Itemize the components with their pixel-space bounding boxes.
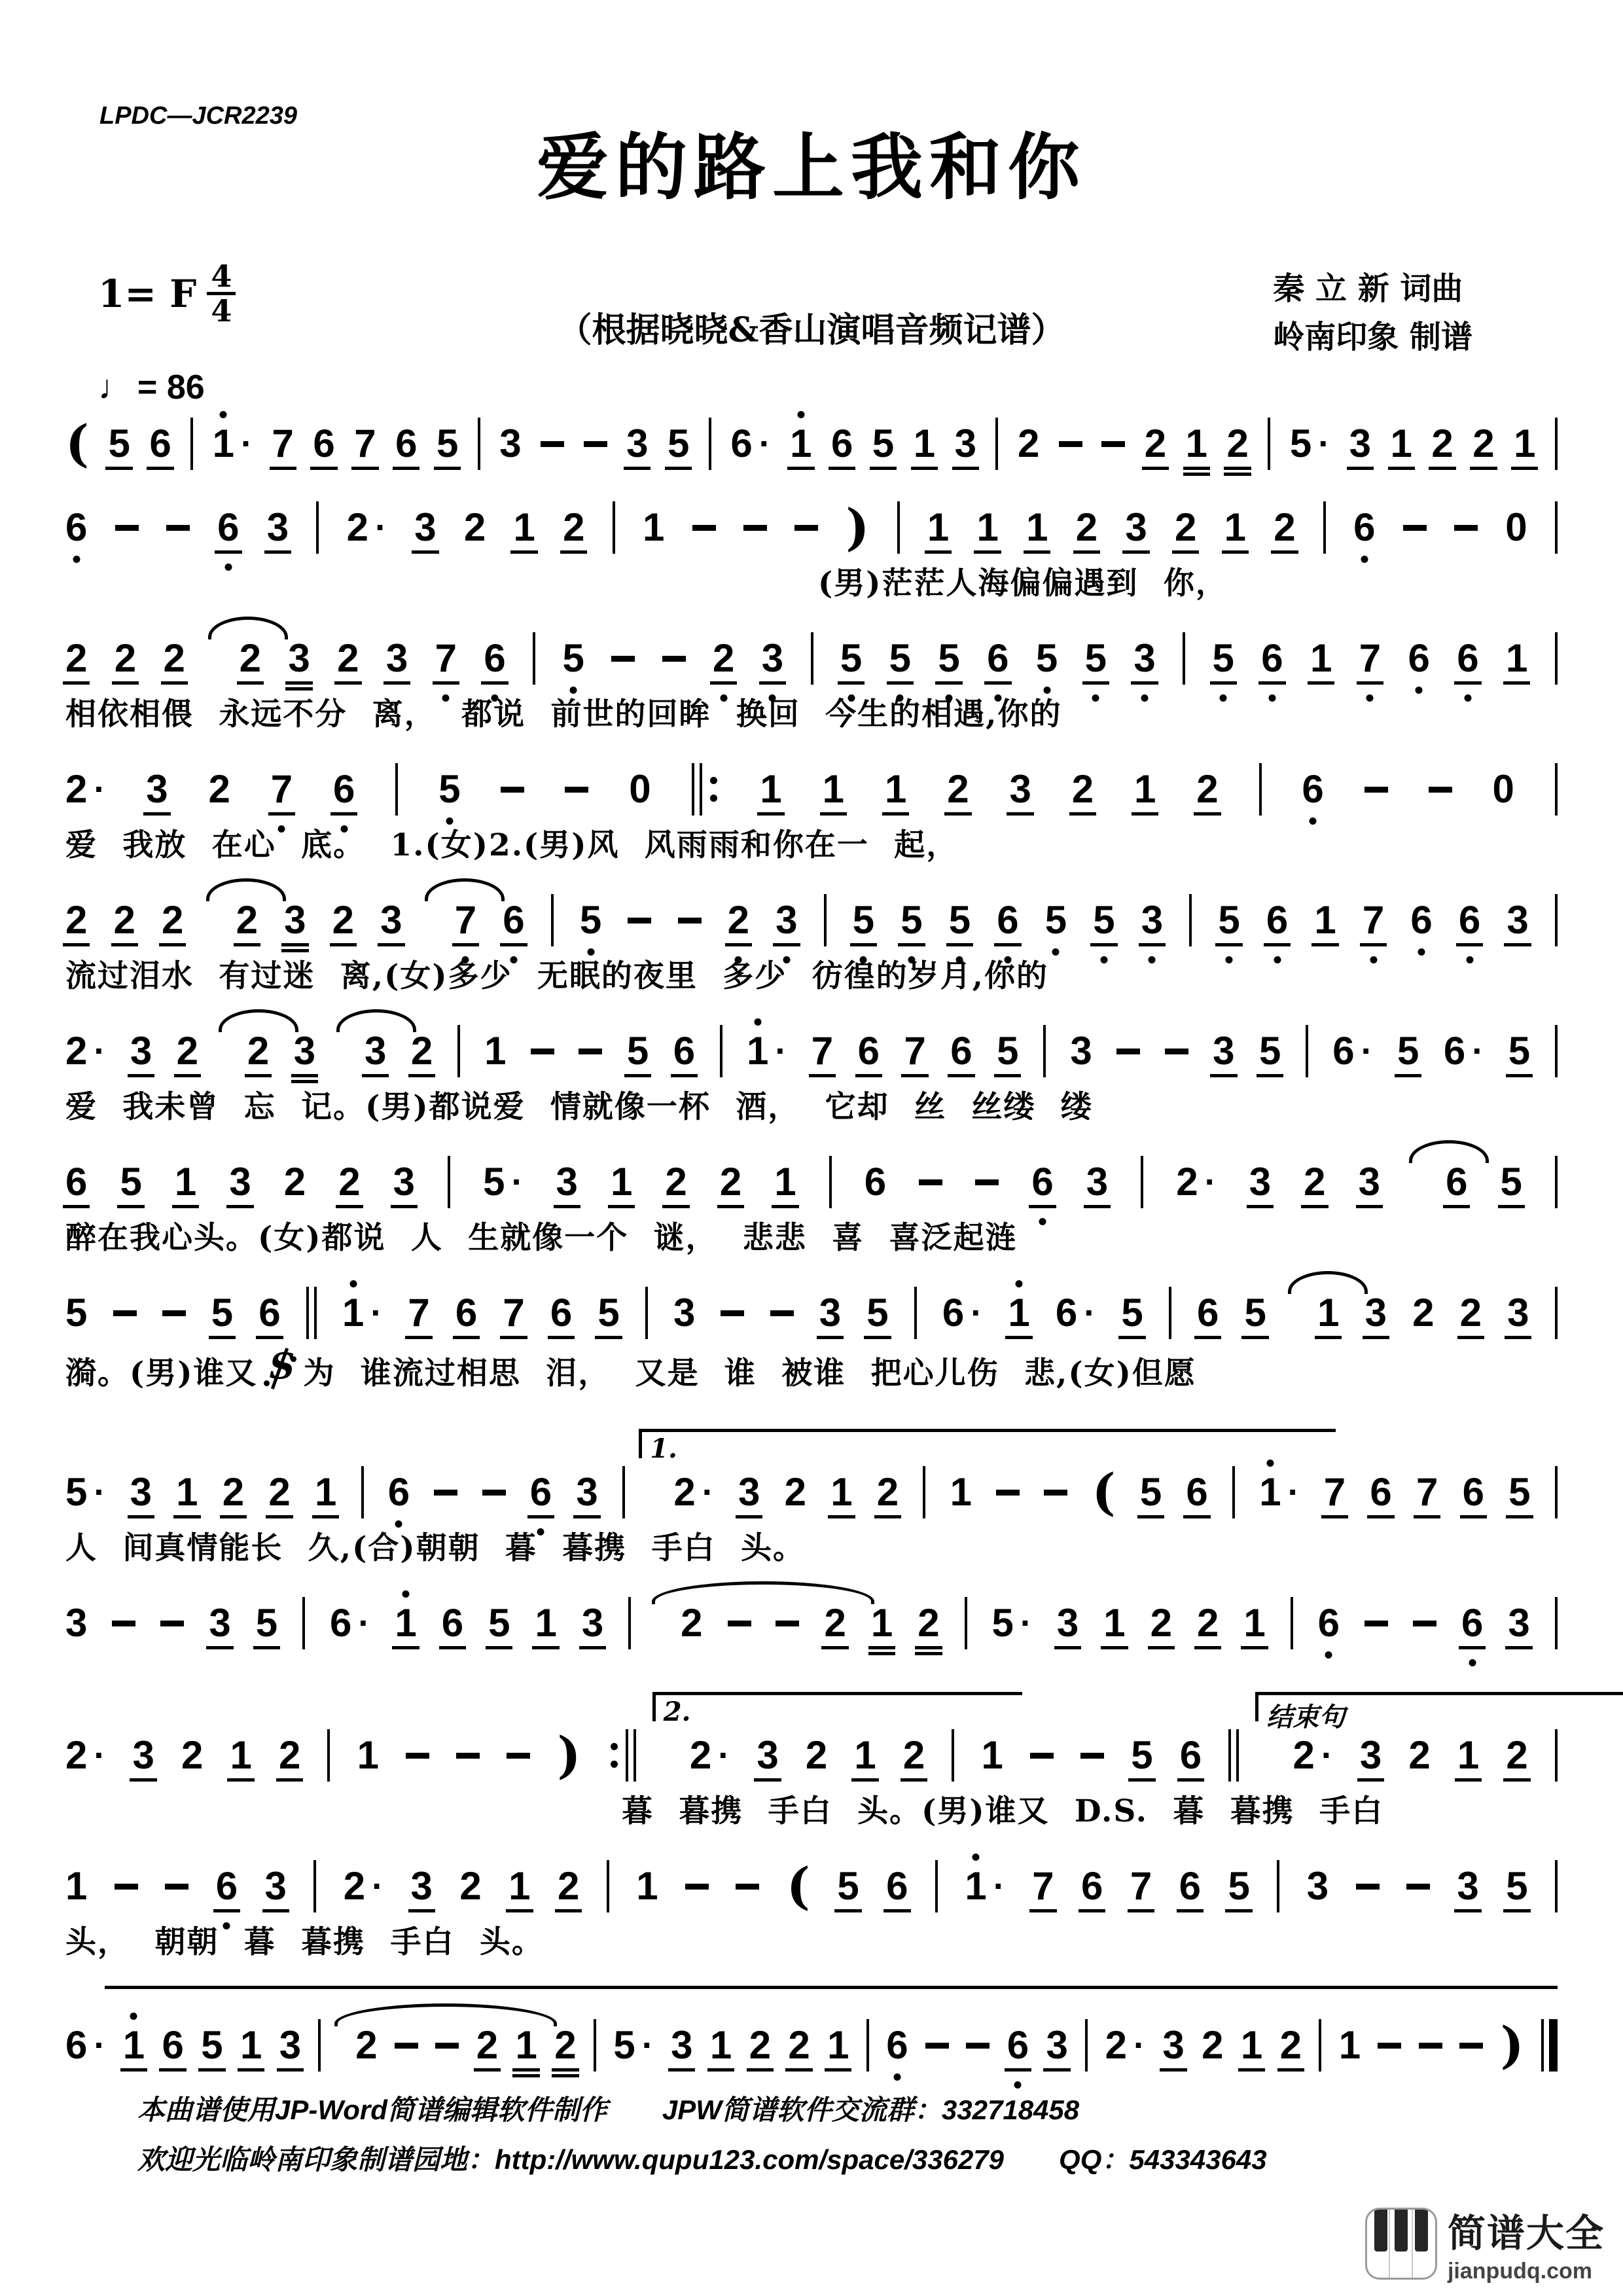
- note: 3: [380, 901, 402, 940]
- note-digit: 1: [965, 1867, 986, 1906]
- note-digit: 2: [749, 2026, 771, 2065]
- barline: [995, 418, 998, 470]
- note-digit: 2: [558, 1867, 579, 1906]
- note-digit: 6: [1302, 770, 1323, 809]
- duration-dash: [1406, 1884, 1430, 1890]
- parenthesis: ): [846, 503, 869, 552]
- note: 2·: [673, 1473, 713, 1512]
- note-digit: 1: [950, 1473, 972, 1512]
- note-digit: 2: [806, 1736, 827, 1775]
- note-digit: 3: [1507, 901, 1528, 940]
- note: 5: [201, 2026, 223, 2065]
- note-digit: 2: [355, 2026, 377, 2065]
- note: 6: [1463, 1473, 1484, 1512]
- note-digit: 2: [690, 1736, 711, 1775]
- note: 2: [164, 639, 185, 678]
- note-digit: 1: [315, 1473, 336, 1512]
- barline: [1555, 632, 1558, 685]
- tempo-value: = 86: [137, 368, 205, 407]
- augmentation-dot: ·: [993, 1869, 1005, 1904]
- note: 2: [947, 770, 969, 809]
- note: 6: [65, 508, 87, 547]
- note-digit: 3: [1508, 1604, 1529, 1643]
- low-octave-dot: [1361, 556, 1368, 563]
- note: 2·: [1105, 2026, 1145, 2065]
- note: 3: [762, 639, 783, 678]
- note-digit: 1: [774, 1162, 796, 1202]
- note: 2: [728, 901, 749, 940]
- footer-line-2: 欢迎光临岭南印象制谱园地：http://www.qupu123.com/spac…: [137, 2135, 1267, 2185]
- note: 6·: [65, 2026, 105, 2065]
- note-digit: 2: [1274, 508, 1295, 547]
- duration-dash: [678, 918, 702, 924]
- duration-dash: [1101, 441, 1125, 447]
- note: 6: [1459, 901, 1480, 940]
- note-digit: 1: [790, 424, 811, 463]
- note-digit: 3: [130, 1031, 152, 1071]
- note: 6: [1186, 1473, 1207, 1512]
- note: 2: [1472, 424, 1494, 463]
- barline: [1141, 1156, 1143, 1208]
- note: 5: [1508, 1031, 1530, 1071]
- note-digit: 5: [108, 424, 130, 463]
- note-digit: 3: [294, 1031, 315, 1071]
- barline: [1291, 1597, 1293, 1649]
- note-digit: 6: [503, 901, 524, 940]
- note: 1: [484, 1031, 506, 1071]
- note-digit: 5: [997, 1031, 1018, 1071]
- note: 3: [1057, 1604, 1079, 1643]
- notation-line: 5561·767653356·16·56513223: [65, 1285, 1558, 1340]
- note: 5: [872, 424, 894, 463]
- note-digit: 1: [927, 508, 949, 547]
- note-digit: 5: [563, 639, 584, 678]
- note-digit: 3: [576, 1473, 597, 1512]
- note-digit: 6: [216, 1867, 238, 1906]
- note-digit: 1: [747, 1031, 768, 1071]
- low-octave-dot: [1268, 694, 1275, 702]
- duration-dash: [112, 1621, 135, 1626]
- note: 5: [853, 901, 874, 940]
- note-digit: 2: [713, 639, 734, 678]
- note: 2: [1175, 508, 1196, 547]
- note-digit: 6: [395, 424, 417, 463]
- note: 5: [580, 901, 601, 940]
- note: 7: [271, 770, 293, 809]
- note-digit: 5: [668, 424, 689, 463]
- note-digit: 1: [976, 508, 998, 547]
- note: 7: [1324, 1473, 1346, 1512]
- note: 5: [627, 1031, 649, 1071]
- note: 1·: [342, 1293, 382, 1333]
- note-digit: 3: [1070, 1031, 1092, 1071]
- augmentation-dot: ·: [375, 510, 387, 545]
- note: 3: [146, 770, 168, 809]
- note: 2: [1197, 1604, 1219, 1643]
- note: 1: [535, 1604, 556, 1643]
- note-digit: 1: [508, 1867, 530, 1906]
- barline: [395, 763, 398, 816]
- duration-dash: [1454, 525, 1478, 531]
- note: 2: [1072, 770, 1094, 809]
- duration-dash: [770, 1310, 794, 1316]
- note: 5: [1036, 639, 1058, 678]
- note-digit: 2: [347, 508, 368, 547]
- note-digit: 3: [499, 424, 521, 463]
- high-octave-dot: [1016, 1280, 1023, 1287]
- note: 1·: [965, 1867, 1005, 1906]
- note: 6: [65, 1162, 87, 1202]
- note-digit: 5: [211, 1293, 233, 1333]
- note-digit: 2: [1018, 424, 1039, 463]
- note-digit: 6: [455, 1293, 477, 1333]
- barline: [700, 763, 702, 816]
- note: 3: [1508, 1604, 1529, 1643]
- note: 6: [1179, 1867, 1201, 1906]
- augmentation-dot: ·: [241, 426, 253, 461]
- low-octave-dot: [1220, 694, 1227, 702]
- note-digit: 1: [827, 2026, 849, 2065]
- note-digit: 2: [115, 639, 136, 678]
- barline: [302, 1597, 305, 1649]
- note: 7: [503, 1293, 524, 1333]
- note-digit: 1: [515, 2026, 537, 2065]
- low-octave-dot: [1274, 956, 1281, 963]
- barline: [1169, 1287, 1171, 1339]
- note-digit: 2: [824, 1604, 846, 1643]
- low-octave-dot: [847, 694, 855, 702]
- note: 1: [1224, 508, 1246, 547]
- lyric-line: 暮 暮携 手白 头。(男)谁又 D.S. 暮 暮携 手白: [622, 1793, 1558, 1830]
- low-octave-dot: [1039, 1218, 1046, 1225]
- note-digit: 6: [1408, 639, 1430, 678]
- low-octave-dot: [956, 956, 963, 963]
- note: 6: [1410, 901, 1432, 940]
- note-digit: 1: [1259, 1473, 1281, 1512]
- note-digit: 6: [1332, 1031, 1354, 1071]
- note: 3: [1349, 424, 1371, 463]
- note-digit: 3: [738, 1473, 760, 1512]
- note-digit: 1: [1506, 639, 1527, 678]
- duration-dash: [776, 1621, 799, 1626]
- note: 2: [788, 2026, 810, 2065]
- note-digit: 6: [1461, 1604, 1483, 1643]
- low-octave-dot: [1310, 817, 1317, 825]
- note: 5: [1259, 1031, 1281, 1071]
- duration-dash: [456, 1753, 480, 1759]
- note-digit: 5: [438, 770, 460, 809]
- note: 2: [806, 1736, 827, 1775]
- note-digit: 1: [1026, 508, 1048, 547]
- note-digit: 6: [1179, 1867, 1201, 1906]
- note-digit: 1: [65, 1867, 87, 1906]
- barline: [1228, 1729, 1231, 1782]
- note-digit: 6: [1446, 1162, 1467, 1202]
- note-digit: 2: [1280, 2026, 1302, 2065]
- note-digit: 2: [947, 770, 969, 809]
- augmentation-dot: ·: [759, 426, 771, 461]
- parenthesis: (: [65, 419, 89, 469]
- note: 3: [671, 2026, 692, 2065]
- notation-line: 65132235·312216632·32365: [65, 1155, 1558, 1210]
- high-octave-dot: [349, 1280, 357, 1287]
- note-digit: 1: [1310, 639, 1332, 678]
- barline: [692, 763, 694, 816]
- note-digit: 6: [149, 424, 171, 463]
- barline: [551, 894, 554, 946]
- note: 6: [1302, 770, 1323, 809]
- dot: [710, 777, 717, 784]
- note-digit: 2: [268, 1473, 290, 1512]
- augmentation-dot: ·: [1020, 1605, 1032, 1641]
- duration-dash: [507, 1753, 530, 1759]
- note: 6: [886, 1867, 908, 1906]
- note-digit: 6: [1261, 639, 1283, 678]
- lyric-line: (男)茫茫人海偏偏遇到 你，: [818, 565, 1558, 602]
- note: 2: [558, 1867, 579, 1906]
- low-octave-dot: [446, 817, 453, 825]
- note: 3: [1360, 1736, 1382, 1775]
- credit-words-music: 秦 立 新 词曲: [1273, 264, 1472, 313]
- note-digit: 5: [889, 639, 911, 678]
- site-logo: 简谱大全 jianpudq.com: [1365, 2202, 1605, 2284]
- duration-dash: [1356, 1884, 1380, 1890]
- note: 1: [1186, 424, 1207, 463]
- note: 1: [643, 508, 664, 547]
- note: 2: [355, 2026, 377, 2065]
- dot: [710, 795, 717, 802]
- note: 2: [268, 1473, 290, 1512]
- repeat-start: [692, 763, 720, 816]
- low-octave-dot: [278, 825, 285, 833]
- note-digit: 2: [65, 1736, 87, 1775]
- note-digit: 1: [123, 2026, 145, 2065]
- note-digit: 5: [201, 2026, 223, 2065]
- note: 2: [115, 639, 136, 678]
- note: 5: [563, 639, 584, 678]
- note-digit: 5: [949, 901, 971, 940]
- note-digit: 2: [240, 639, 261, 678]
- barline: [1268, 418, 1270, 470]
- note-digit: 1: [1314, 901, 1336, 940]
- note: 1: [395, 1604, 416, 1643]
- note-digit: 3: [1249, 1162, 1271, 1202]
- duration-dash: [1165, 1049, 1188, 1054]
- note-digit: 1: [175, 1162, 196, 1202]
- note-digit: 3: [146, 770, 168, 809]
- note: 3: [279, 2026, 301, 2065]
- barline: [811, 632, 813, 685]
- barline: [607, 1860, 609, 1912]
- note-digit: 3: [955, 424, 976, 463]
- note: 1: [1317, 1293, 1339, 1333]
- note: 3: [132, 1736, 154, 1775]
- note-digit: 3: [1009, 770, 1031, 809]
- note-digit: 5: [1290, 424, 1311, 463]
- note-digit: 3: [556, 1162, 578, 1202]
- augmentation-dot: ·: [512, 1164, 524, 1200]
- note: 1: [1310, 639, 1332, 678]
- low-octave-dot: [570, 687, 577, 694]
- note-digit: 6: [1353, 508, 1375, 547]
- duration-dash: [115, 525, 139, 531]
- duration-dash: [1403, 525, 1427, 531]
- augmentation-dot: ·: [702, 1475, 714, 1510]
- note: 5: [1045, 901, 1067, 940]
- note: 6: [1353, 508, 1375, 547]
- note-digit: 3: [757, 1736, 778, 1775]
- note-digit: 5: [256, 1604, 277, 1643]
- note: 2·: [65, 770, 105, 809]
- note: 1: [1134, 770, 1156, 809]
- low-octave-dot: [510, 956, 517, 963]
- note: 1: [1506, 639, 1527, 678]
- note: 1: [1103, 1604, 1125, 1643]
- note: 1: [123, 2026, 145, 2065]
- duration-dash: [406, 1753, 429, 1759]
- note-digit: 3: [1162, 2026, 1184, 2065]
- note-digit: 5: [866, 1293, 888, 1333]
- note-digit: 6: [858, 1031, 880, 1071]
- note: 3: [819, 1293, 841, 1333]
- barline: [1319, 2019, 1321, 2072]
- notation-line: 2·3276501112321260: [65, 762, 1558, 817]
- barline: [720, 1025, 722, 1077]
- note: 5: [837, 1867, 859, 1906]
- note: 2·: [1293, 1736, 1332, 1775]
- note-digit: 2: [681, 1604, 702, 1643]
- note: 2: [563, 508, 584, 547]
- augmentation-dot: ·: [94, 1033, 105, 1069]
- note: 3: [265, 1867, 287, 1906]
- note-digit: 3: [776, 901, 797, 940]
- low-octave-dot: [1141, 694, 1149, 702]
- note: 3: [1162, 2026, 1184, 2065]
- note: 2: [681, 1604, 702, 1643]
- note-digit: 6: [530, 1473, 552, 1512]
- note: 1: [871, 1604, 893, 1643]
- note-digit: 1: [1224, 508, 1246, 547]
- barline: [1555, 1729, 1558, 1782]
- note: 5: [840, 639, 862, 678]
- note-digit: 5: [627, 1031, 649, 1071]
- low-octave-dot: [735, 956, 742, 963]
- note: 1·: [747, 1031, 787, 1071]
- note: 3: [65, 1604, 87, 1643]
- low-octave-dot: [1370, 956, 1377, 963]
- note: 6·: [730, 424, 770, 463]
- note-digit: 1: [854, 1736, 876, 1775]
- note-digit: 5: [1501, 1162, 1522, 1202]
- note: 2: [1408, 1736, 1430, 1775]
- augmentation-dot: ·: [358, 1605, 370, 1641]
- note-digit: 2: [918, 1604, 939, 1643]
- note: 6: [313, 424, 334, 463]
- note: 3: [1507, 1293, 1529, 1333]
- note: 3: [556, 1162, 578, 1202]
- duration-dash: [434, 1490, 457, 1496]
- note: 7: [1416, 1473, 1438, 1512]
- note: 6·: [1444, 1031, 1484, 1071]
- note-digit: 7: [503, 1293, 524, 1333]
- volta-line: 1.: [639, 1429, 1336, 1458]
- note: 6: [217, 508, 239, 547]
- note: 2: [338, 1162, 360, 1202]
- note-digit: 1: [830, 1473, 852, 1512]
- duration-dash: [1030, 1753, 1054, 1759]
- note: 6: [162, 2026, 183, 2065]
- notation-line: (561·767653356·1651322125·31221: [65, 416, 1558, 471]
- note-digit: 2: [1202, 2026, 1223, 2065]
- note-digit: 1: [513, 508, 535, 547]
- volta-line: 结束句: [1255, 1692, 1623, 1721]
- note: 7: [1363, 901, 1384, 940]
- barline: [313, 1860, 316, 1912]
- notation-line: 22223237652355565535617661: [65, 631, 1558, 686]
- note-digit: 2: [554, 2026, 576, 2065]
- notation-line: 2·32121)2.2·3212156结束句2·3212: [65, 1728, 1558, 1783]
- note-digit: 6: [942, 1293, 964, 1333]
- note-digit: 6: [987, 639, 1008, 678]
- note: 2: [1018, 424, 1039, 463]
- note-digit: 3: [132, 1736, 154, 1775]
- note-digit: 1: [1008, 1293, 1029, 1333]
- high-octave-dot: [130, 2013, 137, 2020]
- note-digit: 3: [284, 901, 306, 940]
- low-octave-dot: [994, 694, 1001, 702]
- note: 5: [997, 1031, 1018, 1071]
- note: 3: [1457, 1867, 1478, 1906]
- note: 5: [1397, 1031, 1419, 1071]
- note: 6: [673, 1031, 695, 1071]
- note: 5: [1093, 901, 1115, 940]
- sheet-music-page: LPDC—JCR2239 爱的路上我和你 1= F 4 4 （根据晓晓&香山演唱…: [0, 0, 1623, 2296]
- note-digit: 2: [459, 1867, 481, 1906]
- duration-dash: [736, 1884, 759, 1890]
- note: 1: [357, 1736, 379, 1775]
- note-digit: 2: [1105, 2026, 1127, 2065]
- note-digit: 3: [1359, 1162, 1380, 1202]
- note: 2: [918, 1604, 939, 1643]
- note: 1: [315, 1473, 336, 1512]
- note-digit: 2: [665, 1162, 687, 1202]
- augmentation-dot: ·: [1318, 426, 1330, 461]
- duration-dash: [565, 787, 588, 793]
- note-digit: 3: [414, 508, 436, 547]
- note: 6·: [1332, 1031, 1372, 1071]
- note-digit: 3: [762, 639, 783, 678]
- duration-dash: [584, 441, 607, 447]
- note: 6: [1461, 1604, 1483, 1643]
- note-digit: 2: [236, 901, 258, 940]
- note: 2: [1145, 424, 1166, 463]
- note-digit: 5: [613, 2026, 635, 2065]
- note-digit: 2: [1076, 508, 1097, 547]
- duration-dash: [662, 656, 686, 662]
- rest: 0: [1505, 508, 1527, 547]
- low-octave-dot: [769, 694, 776, 702]
- note: 3: [1009, 770, 1031, 809]
- note-digit: 5: [1121, 1293, 1143, 1333]
- note-digit: 5: [1508, 1031, 1530, 1071]
- duration-dash: [1429, 787, 1452, 793]
- note: 2: [240, 639, 261, 678]
- rest: 0: [1492, 770, 1514, 809]
- piano-keys-icon: [1365, 2208, 1437, 2280]
- low-octave-dot: [462, 956, 469, 963]
- parenthesis: ): [557, 1731, 580, 1780]
- repeat-dots: [611, 1743, 618, 1768]
